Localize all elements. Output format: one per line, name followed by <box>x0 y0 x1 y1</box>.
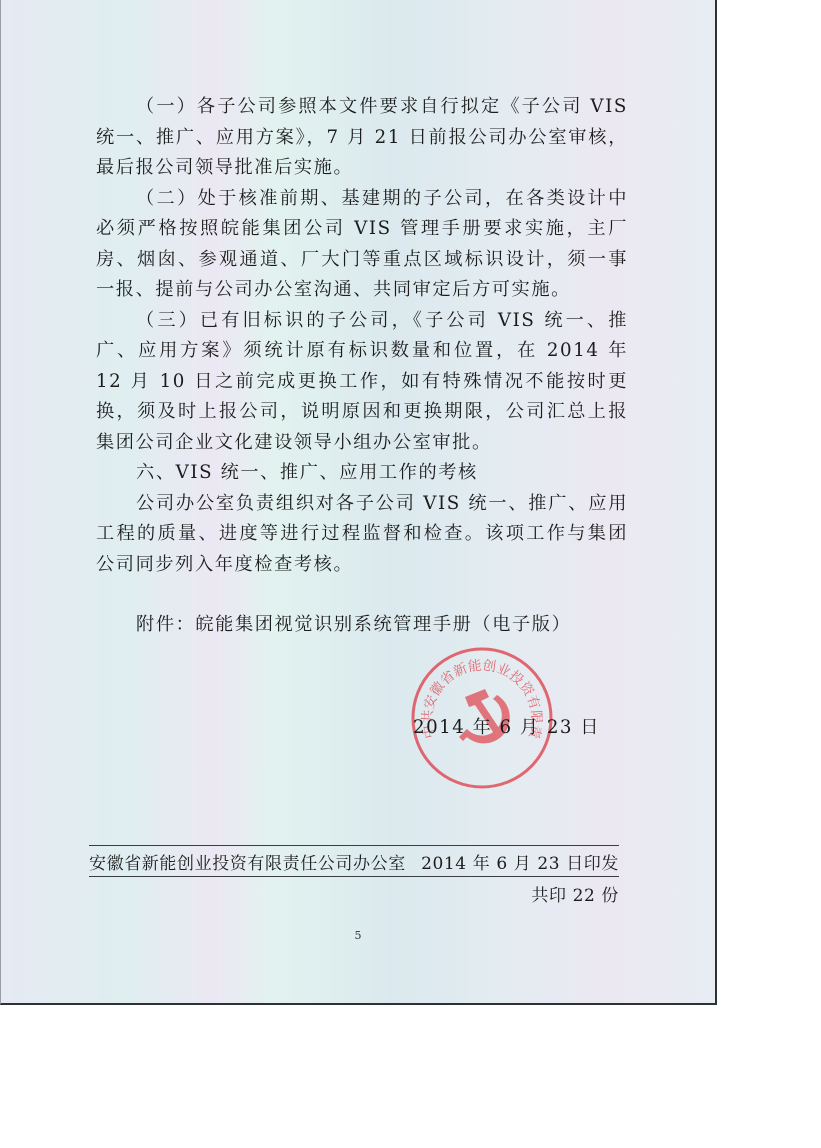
paragraph-item-1: （一）各子公司参照本文件要求自行拟定《子公司 VIS 统一、推广、应用方案》，7… <box>96 92 628 184</box>
issuance-footer: 安徽省新能创业投资有限责任公司办公室 2014 年 6 月 23 日印发 共印 … <box>89 845 619 909</box>
copies-count: 共印 22 份 <box>531 881 619 906</box>
document-body: （一）各子公司参照本文件要求自行拟定《子公司 VIS 统一、推广、应用方案》，7… <box>96 92 628 641</box>
footer-issuer-row: 安徽省新能创业投资有限责任公司办公室 2014 年 6 月 23 日印发 <box>89 846 619 876</box>
paragraph-assessment: 公司办公室负责组织对各子公司 VIS 统一、推广、应用工程的质量、进度等进行过程… <box>96 489 628 581</box>
paragraph-item-3: （三）已有旧标识的子公司，《子公司 VIS 统一、推广、应用方案》须统计原有标识… <box>96 306 628 459</box>
section-heading-6: 六、VIS 统一、推广、应用工作的考核 <box>96 458 628 489</box>
footer-copies-row: 共印 22 份 <box>89 877 619 909</box>
issuer-name: 安徽省新能创业投资有限责任公司办公室 <box>89 849 406 874</box>
signature-date: 2014 年 6 月 23 日 <box>413 713 600 739</box>
scanned-document-page: （一）各子公司参照本文件要求自行拟定《子公司 VIS 统一、推广、应用方案》，7… <box>0 0 717 1005</box>
paragraph-item-2: （二）处于核准前期、基建期的子公司，在各类设计中必须严格按照皖能集团公司 VIS… <box>96 184 628 306</box>
page-number: 5 <box>1 929 715 942</box>
issue-date: 2014 年 6 月 23 日印发 <box>421 849 619 874</box>
attachment-note: 附件：皖能集团视觉识别系统管理手册（电子版） <box>96 610 628 641</box>
